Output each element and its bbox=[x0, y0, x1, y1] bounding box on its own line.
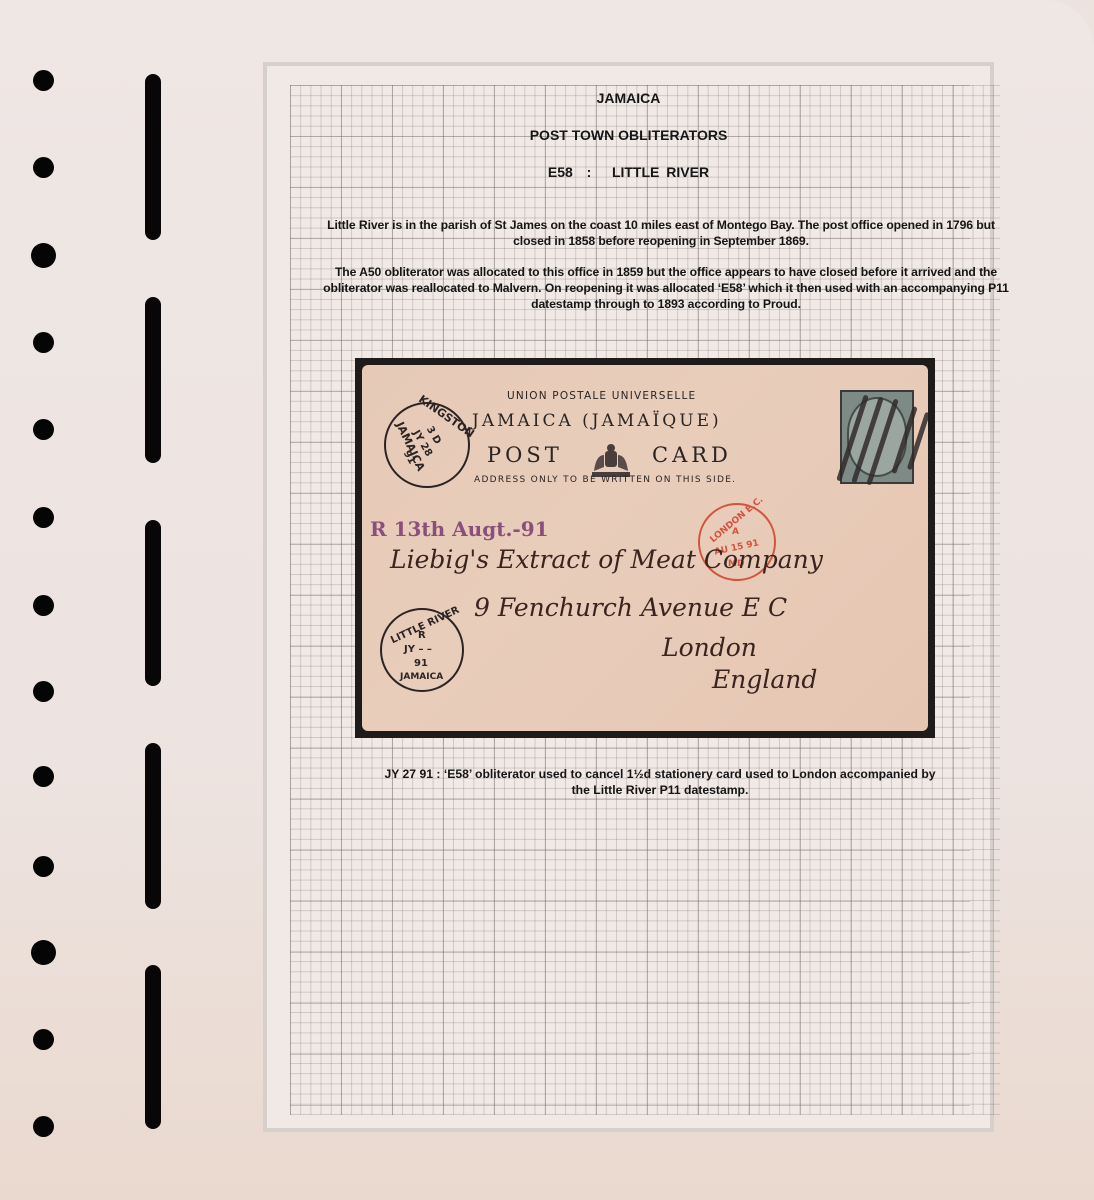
item-caption: JY 27 91 : ‘E58’ obliterator used to can… bbox=[380, 766, 940, 798]
binder-hole bbox=[33, 157, 54, 178]
binder-slot bbox=[145, 965, 161, 1129]
address-line: Liebig's Extract of Meat Company bbox=[390, 545, 823, 574]
address-line: 9 Fenchurch Avenue E C bbox=[474, 593, 787, 622]
address-line: England bbox=[712, 665, 817, 694]
binder-hole bbox=[33, 595, 54, 616]
country-heading: JAMAICA bbox=[263, 90, 994, 106]
binder-hole bbox=[33, 1116, 54, 1137]
binder-slot bbox=[145, 74, 161, 240]
address-line: London bbox=[662, 633, 757, 662]
datestamp-year: 91 bbox=[414, 658, 428, 669]
binder-hole bbox=[33, 332, 54, 353]
address-note: ADDRESS ONLY TO BE WRITTEN ON THIS SIDE. bbox=[474, 475, 736, 485]
section-heading: POST TOWN OBLITERATORS bbox=[263, 127, 994, 143]
card-title-post: POST bbox=[487, 443, 563, 467]
binder-slot bbox=[145, 743, 161, 909]
binder-hole bbox=[33, 856, 54, 877]
binder-hole bbox=[33, 507, 54, 528]
binder-hole bbox=[33, 681, 54, 702]
obliterator-paragraph: The A50 obliterator was allocated to thi… bbox=[321, 264, 1011, 312]
datestamp-code: A bbox=[732, 527, 739, 537]
binder-hole bbox=[33, 1029, 54, 1050]
datestamp-country: JAMAICA bbox=[400, 672, 443, 682]
datestamp-code: R bbox=[418, 630, 426, 641]
binder-hole bbox=[33, 419, 54, 440]
binder-hole bbox=[33, 766, 54, 787]
binder-hole bbox=[31, 243, 56, 268]
binder-hole bbox=[31, 940, 56, 965]
datestamp-date: JY – – bbox=[404, 644, 432, 655]
binder-hole bbox=[33, 70, 54, 91]
card-country-line: JAMAICA (JAMAÏQUE) bbox=[472, 411, 722, 431]
upu-header: UNION POSTALE UNIVERSELLE bbox=[507, 390, 696, 402]
card-title-card: CARD bbox=[652, 443, 732, 467]
receipt-annotation: R 13th Augt.-91 bbox=[370, 517, 549, 541]
history-paragraph: Little River is in the parish of St Jame… bbox=[321, 217, 1001, 249]
binder-slot bbox=[145, 520, 161, 686]
subsection-heading: E58 : LITTLE RIVER bbox=[263, 164, 994, 180]
binder-slot bbox=[145, 297, 161, 463]
little-river-datestamp: LITTLE RIVER R JY – – 91 JAMAICA bbox=[380, 608, 464, 692]
kingston-datestamp: KINGSTON 3 D JY 28 91 JAMAICA bbox=[384, 402, 470, 488]
postal-stationery-card: UNION POSTALE UNIVERSELLE JAMAICA (JAMAÏ… bbox=[362, 365, 928, 731]
